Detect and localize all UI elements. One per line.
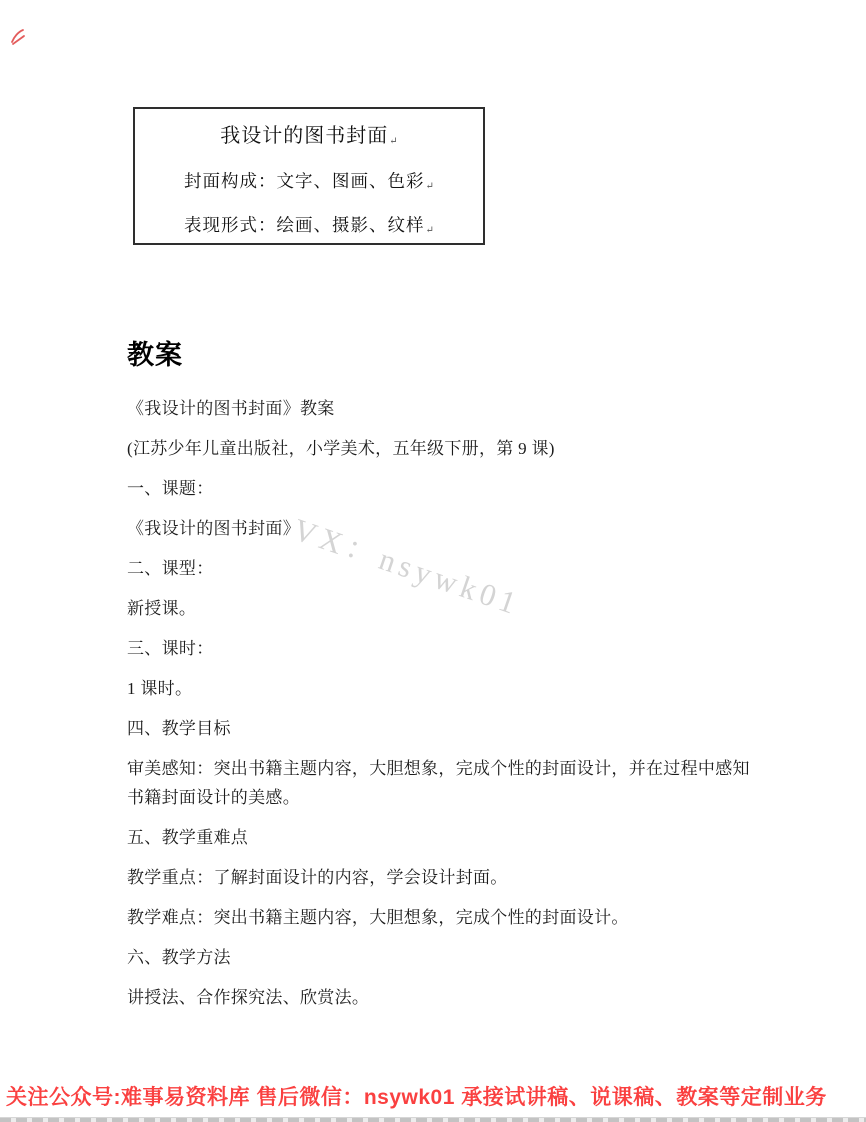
paragraph-key-point: 教学重点：了解封面设计的内容，学会设计封面。 [127, 863, 751, 892]
paragraph-difficult-point: 教学难点：突出书籍主题内容，大胆想象，完成个性的封面设计。 [127, 903, 751, 932]
footer-promo-text: 关注公众号:难事易资料库 售后微信：nsywk01 承接试讲稿、说课稿、教案等定… [6, 1083, 864, 1113]
paragraph-mark-icon: ↵ [389, 136, 397, 147]
paragraph-section-key-points: 五、教学重难点 [127, 823, 751, 852]
box-line-composition: 封面构成：文字、图画、色彩↵ [135, 168, 483, 200]
paragraph-section-lesson-type: 二、课型： [127, 554, 751, 583]
box-title-line: 我设计的图书封面↵ [135, 122, 483, 156]
paragraph-objectives-detail: 审美感知：突出书籍主题内容，大胆想象，完成个性的封面设计，并在过程中感知书籍封面… [127, 754, 751, 812]
document-page: 我设计的图书封面↵ 封面构成：文字、图画、色彩↵ 表现形式：绘画、摄影、纹样↵ … [0, 0, 866, 1122]
paragraph-topic-value: 《我设计的图书封面》 [127, 514, 751, 543]
paragraph-methods-value: 讲授法、合作探究法、欣赏法。 [127, 983, 751, 1012]
paragraph-lesson-type-value: 新授课。 [127, 594, 751, 623]
box-line-text: 表现形式：绘画、摄影、纹样 [184, 215, 425, 235]
box-line-text: 封面构成：文字、图画、色彩 [184, 171, 425, 191]
box-title: 我设计的图书封面 [220, 125, 388, 147]
page-bottom-edge [0, 1117, 866, 1122]
red-pen-mark [10, 28, 26, 46]
paragraph-publisher-info: (江苏少年儿童出版社，小学美术，五年级下册，第 9 课) [127, 434, 751, 463]
paragraph-section-objectives: 四、教学目标 [127, 714, 751, 743]
paragraph-section-topic: 一、课题： [127, 474, 751, 503]
paragraph-section-methods: 六、教学方法 [127, 943, 751, 972]
paragraph-lesson-plan-title: 《我设计的图书封面》教案 [127, 394, 751, 423]
paragraph-mark-icon: ↵ [426, 225, 434, 236]
paragraph-section-periods: 三、课时： [127, 634, 751, 663]
paragraph-mark-icon: ↵ [426, 181, 434, 192]
box-line-forms: 表现形式：绘画、摄影、纹样↵ [135, 212, 483, 244]
cover-summary-box: 我设计的图书封面↵ 封面构成：文字、图画、色彩↵ 表现形式：绘画、摄影、纹样↵ [133, 107, 485, 245]
page-title: 教案 [127, 333, 183, 372]
document-body: 《我设计的图书封面》教案 (江苏少年儿童出版社，小学美术，五年级下册，第 9 课… [127, 394, 751, 1023]
paragraph-periods-value: 1 课时。 [127, 674, 751, 703]
